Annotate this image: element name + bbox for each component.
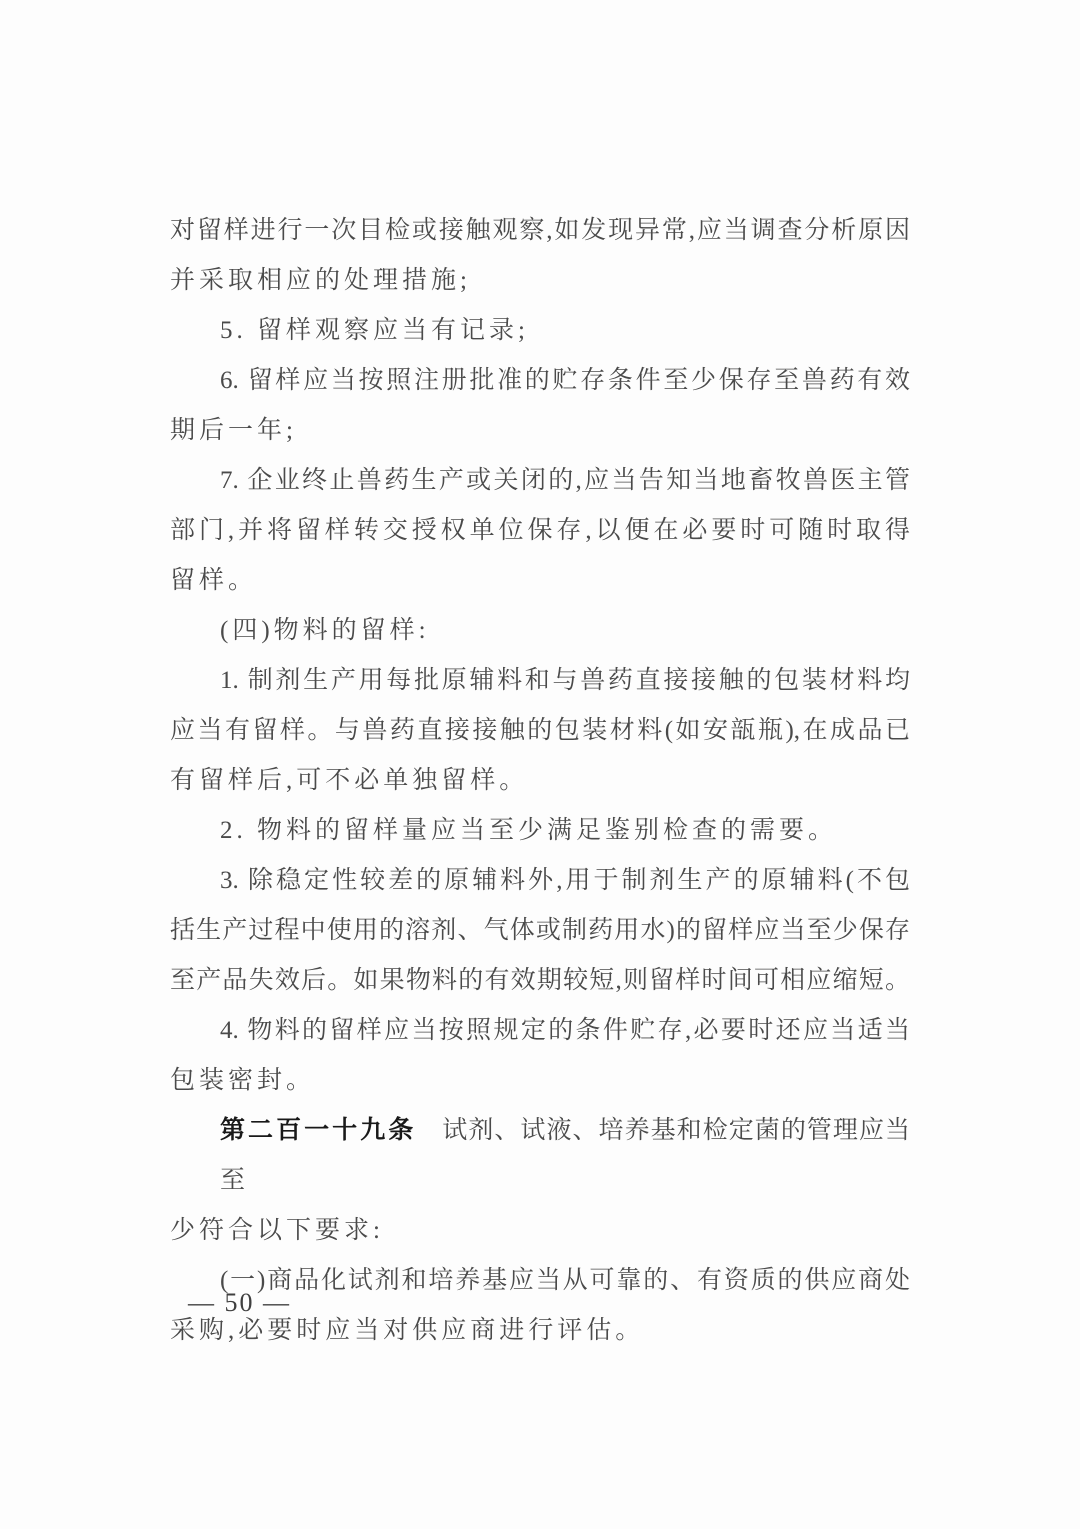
- article-number-heading: 第二百一十九条: [220, 1117, 416, 1144]
- text-line: 并采取相应的处理措施;: [170, 256, 910, 306]
- text-line: 2. 物料的留样量应当至少满足鉴别检查的需要。: [170, 806, 910, 856]
- text-line: 1. 制剂生产用每批原辅料和与兽药直接接触的包装材料均: [170, 656, 910, 706]
- text-line: 应当有留样。与兽药直接接触的包装材料(如安瓿瓶),在成品已: [170, 706, 910, 756]
- page-number: — 50 —: [188, 1283, 291, 1323]
- text-line: 4. 物料的留样应当按照规定的条件贮存,必要时还应当适当: [170, 1006, 910, 1056]
- text-line: 第二百一十九条试剂、试液、培养基和检定菌的管理应当至: [170, 1106, 910, 1206]
- text-line: (四)物料的留样:: [170, 606, 910, 656]
- text-line: 包装密封。: [170, 1056, 910, 1106]
- document-body: 对留样进行一次目检或接触观察,如发现异常,应当调查分析原因并采取相应的处理措施;…: [170, 206, 910, 1356]
- text-line: 期后一年;: [170, 406, 910, 456]
- text-line: 3. 除稳定性较差的原辅料外,用于制剂生产的原辅料(不包: [170, 856, 910, 906]
- text-line: 有留样后,可不必单独留样。: [170, 756, 910, 806]
- text-line: 至产品失效后。如果物料的有效期较短,则留样时间可相应缩短。: [170, 956, 910, 1006]
- text-line: 部门,并将留样转交授权单位保存,以便在必要时可随时取得: [170, 506, 910, 556]
- text-line: 7. 企业终止兽药生产或关闭的,应当告知当地畜牧兽医主管: [170, 456, 910, 506]
- text-line: 对留样进行一次目检或接触观察,如发现异常,应当调查分析原因: [170, 206, 910, 256]
- text-line: 5. 留样观察应当有记录;: [170, 306, 910, 356]
- text-line: 6. 留样应当按照注册批准的贮存条件至少保存至兽药有效: [170, 356, 910, 406]
- document-page: 对留样进行一次目检或接触观察,如发现异常,应当调查分析原因并采取相应的处理措施;…: [0, 0, 1080, 1529]
- text-line: 少符合以下要求:: [170, 1206, 910, 1256]
- text-line: 括生产过程中使用的溶剂、气体或制药用水)的留样应当至少保存: [170, 906, 910, 956]
- text-line: 留样。: [170, 556, 910, 606]
